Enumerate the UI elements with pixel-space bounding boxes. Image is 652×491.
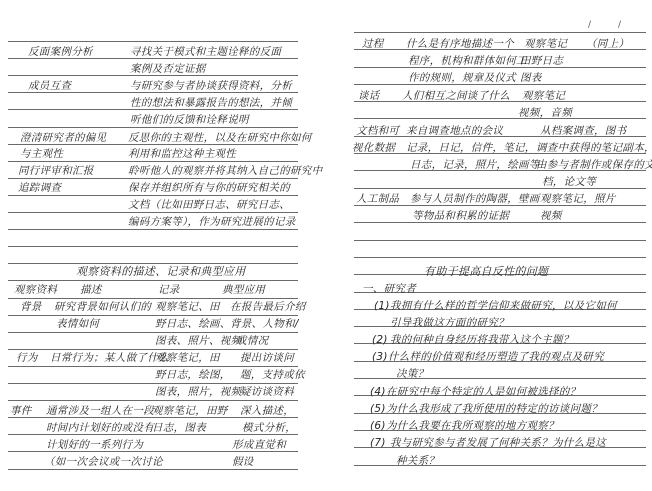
ruled-line: [354, 257, 646, 258]
type-record: 调查中获得的笔记副本，: [536, 142, 652, 154]
type-record: 图表: [520, 72, 542, 84]
type-description: 来自调查地点的会议: [406, 125, 503, 137]
ruled-line: [8, 366, 298, 367]
question-text: 决策？: [396, 368, 428, 380]
type-description: 记录，日记，信件，笔记，: [406, 142, 536, 154]
ruled-line: [8, 298, 298, 299]
ruled-line: [8, 383, 298, 384]
column-header: 典型应用: [222, 284, 265, 296]
method-description: 利用和监控这种主观性: [128, 148, 236, 160]
page-mark: /: [588, 20, 591, 30]
method-description: 与研究参与者协谈获得资料，分析: [130, 80, 292, 92]
type-application: 在报告最后介绍: [230, 301, 306, 313]
question-text: 为什么我要在我所观察的地方观察？: [386, 420, 559, 432]
question-text: 我的何种自身经历将我带入这个主题？: [390, 334, 574, 346]
question-text: 我与研究参与者发展了何种关系？为什么是这: [390, 437, 606, 449]
question-number: (2): [372, 334, 388, 346]
ruled-line: [8, 349, 298, 350]
ruled-line: [8, 109, 298, 110]
type-label: 人工制品: [356, 193, 399, 205]
type-description: 作的规则，规章及仪式: [408, 72, 516, 84]
ruled-line: [8, 229, 298, 230]
ruled-line: [8, 469, 298, 470]
method-description: 聆听他人的观察并将其纳入自己的研究中: [128, 165, 322, 177]
type-record: 档，论文等: [542, 176, 596, 188]
method-label: 澄清研究者的偏见: [20, 132, 106, 144]
question-number: (5): [370, 403, 386, 415]
question-number: (1): [374, 300, 390, 312]
right-page: / / 过程 什么是有序地描述一个 程序，机构和群体如何工 作的规则，规章及仪式…: [326, 0, 652, 491]
ruled-line: [8, 195, 298, 196]
ruled-line: [354, 32, 646, 33]
type-application: 或情况: [236, 335, 268, 347]
ruled-line: [8, 144, 298, 145]
section-title: 有助于提高自反性的问题: [424, 266, 548, 278]
type-record: 图表、照片、视频: [155, 335, 241, 347]
type-label: 事件: [10, 405, 32, 417]
method-description: 听他们的反馈和诠释说明: [130, 114, 249, 126]
type-description: 参与人员制作的陶器，壁画: [410, 193, 540, 205]
column-header: 描述: [80, 284, 102, 296]
ruled-line: [8, 75, 298, 76]
method-label: 成员互查: [28, 80, 71, 92]
type-record: 观察笔记，田: [155, 352, 220, 364]
ruled-line: [354, 188, 646, 189]
method-label: 同行评审和汇报: [18, 165, 94, 177]
type-label: 背景: [20, 301, 42, 313]
type-description: 等物品和积累的证据: [412, 210, 509, 222]
type-label: 视化数据: [352, 142, 395, 154]
ruled-line: [8, 417, 298, 418]
type-application: 模式分析，: [242, 422, 296, 434]
ruled-line: [8, 263, 298, 264]
ruled-line: [354, 205, 646, 206]
ruled-line: [8, 41, 298, 42]
method-description: 文档（比如田野日志、研究日志、: [128, 199, 290, 211]
ruled-line: [8, 400, 298, 401]
type-record: 从档案调查，图书: [540, 125, 626, 137]
ruled-line: [354, 67, 646, 68]
type-record: 观察笔记、田: [155, 301, 220, 313]
type-record: 观察笔记，照片: [540, 193, 616, 205]
ruled-line: [8, 280, 298, 281]
ruled-line: [8, 332, 298, 333]
type-description: 时间内计划好的或没有: [46, 422, 154, 434]
method-description: 保存并组织所有与你的研究相关的: [128, 182, 290, 194]
type-application: 疑访谈资料: [240, 386, 294, 398]
type-label: 过程: [362, 38, 384, 50]
type-label: 文档和可: [356, 125, 399, 137]
type-record: 日志，图表: [152, 422, 206, 434]
method-description: 性的想法和暴露报告的想法，并倾: [130, 97, 292, 109]
column-header: 观察资料: [14, 284, 57, 296]
ruled-line: [8, 315, 298, 316]
type-label: 行为: [16, 352, 38, 364]
type-record: 观察笔记: [524, 38, 567, 50]
type-application: 深入描述，: [240, 405, 294, 417]
question-text: 我拥有什么样的哲学信仰来做研究，以及它如何: [390, 300, 617, 312]
ruled-line: [8, 212, 298, 213]
ruled-line: [8, 58, 298, 59]
column-header: 记录: [158, 284, 180, 296]
ruled-line: [8, 434, 298, 435]
method-description: 编码方案等），作为研究进展的记录: [128, 216, 296, 228]
question-text: 引导我做这方面的研究？: [390, 317, 509, 329]
question-text: 种关系？: [396, 455, 439, 467]
question-number: (4): [370, 386, 386, 398]
type-description: 日志，记录，照片，绘画等: [410, 159, 540, 171]
section-heading: 一、研究者: [362, 283, 416, 295]
method-label: 与主观性: [20, 148, 63, 160]
type-description: 计划好的一系列行为: [46, 439, 143, 451]
ruled-line: [354, 118, 646, 119]
type-description: 人们相互之间谈了什么: [402, 90, 510, 102]
type-description: 研究背景如何认们的: [54, 301, 151, 313]
question-number: (3): [372, 351, 388, 363]
question-text: 在研究中每个特定的人是如何被选择的？: [386, 386, 580, 398]
ruled-line: [354, 84, 646, 85]
type-description: （如一次会议或一次讨论: [44, 456, 163, 468]
type-record: 田野日志: [520, 55, 563, 67]
ruled-line: [8, 246, 298, 247]
type-description: 日常行为；某人做了什么: [50, 352, 169, 364]
type-record: 视频: [540, 210, 562, 222]
ruled-line: [354, 240, 646, 241]
type-record: 野日志、绘画、: [155, 318, 231, 330]
question-number: (6): [370, 420, 386, 432]
ruled-line: [8, 161, 298, 162]
type-application: 形成直觉和: [232, 439, 286, 451]
ruled-line: [8, 127, 298, 128]
type-description: 程序，机构和群体如何工: [408, 55, 527, 67]
type-application: 假设: [232, 456, 254, 468]
method-description: 寻找关于模式和主题诠释的反面: [130, 46, 281, 58]
question-text: 为什么我形成了我所使用的特定的访谈问题？: [386, 403, 602, 415]
left-page: 反面案例分析 寻找关于模式和主题诠释的反面 案例及否定证据 成员互查 与研究参与…: [0, 0, 326, 491]
page-mark: /: [618, 20, 621, 30]
ruled-line: [8, 451, 298, 452]
method-label: 反面案例分析: [28, 46, 93, 58]
type-record: 视频，音频: [518, 107, 572, 119]
type-application: 题，支持或依: [240, 369, 305, 381]
ruled-line: [354, 222, 646, 223]
type-application: 背景、人物和/: [230, 318, 299, 330]
type-application: 提出访谈问: [240, 352, 294, 364]
type-record: 观察笔记: [522, 90, 565, 102]
table-title: 观察资料的描述、记录和典型应用: [76, 266, 246, 278]
method-description: 反思你的主观性，以及在研究中你如何: [128, 132, 312, 144]
ruled-line: [8, 178, 298, 179]
type-record: 野日志，绘图，: [155, 369, 231, 381]
type-record: 图表，照片，视频: [155, 386, 241, 398]
type-description: 表情如何: [56, 318, 99, 330]
type-record: 观察笔记，田野: [152, 405, 228, 417]
method-label: 追踪调查: [18, 182, 61, 194]
question-number: (7): [370, 437, 386, 449]
ruled-line: [8, 92, 298, 93]
method-description: 案例及否定证据: [130, 63, 206, 75]
question-text: 什么样的价值观和经历塑造了我的观点及研究: [388, 351, 604, 363]
type-description: 通常涉及一组人在一段: [46, 405, 154, 417]
type-record: 由参与者制作或保存的文: [536, 159, 652, 171]
type-application: （同上）: [586, 38, 629, 50]
type-label: 谈话: [358, 90, 380, 102]
type-description: 什么是有序地描述一个: [406, 38, 514, 50]
